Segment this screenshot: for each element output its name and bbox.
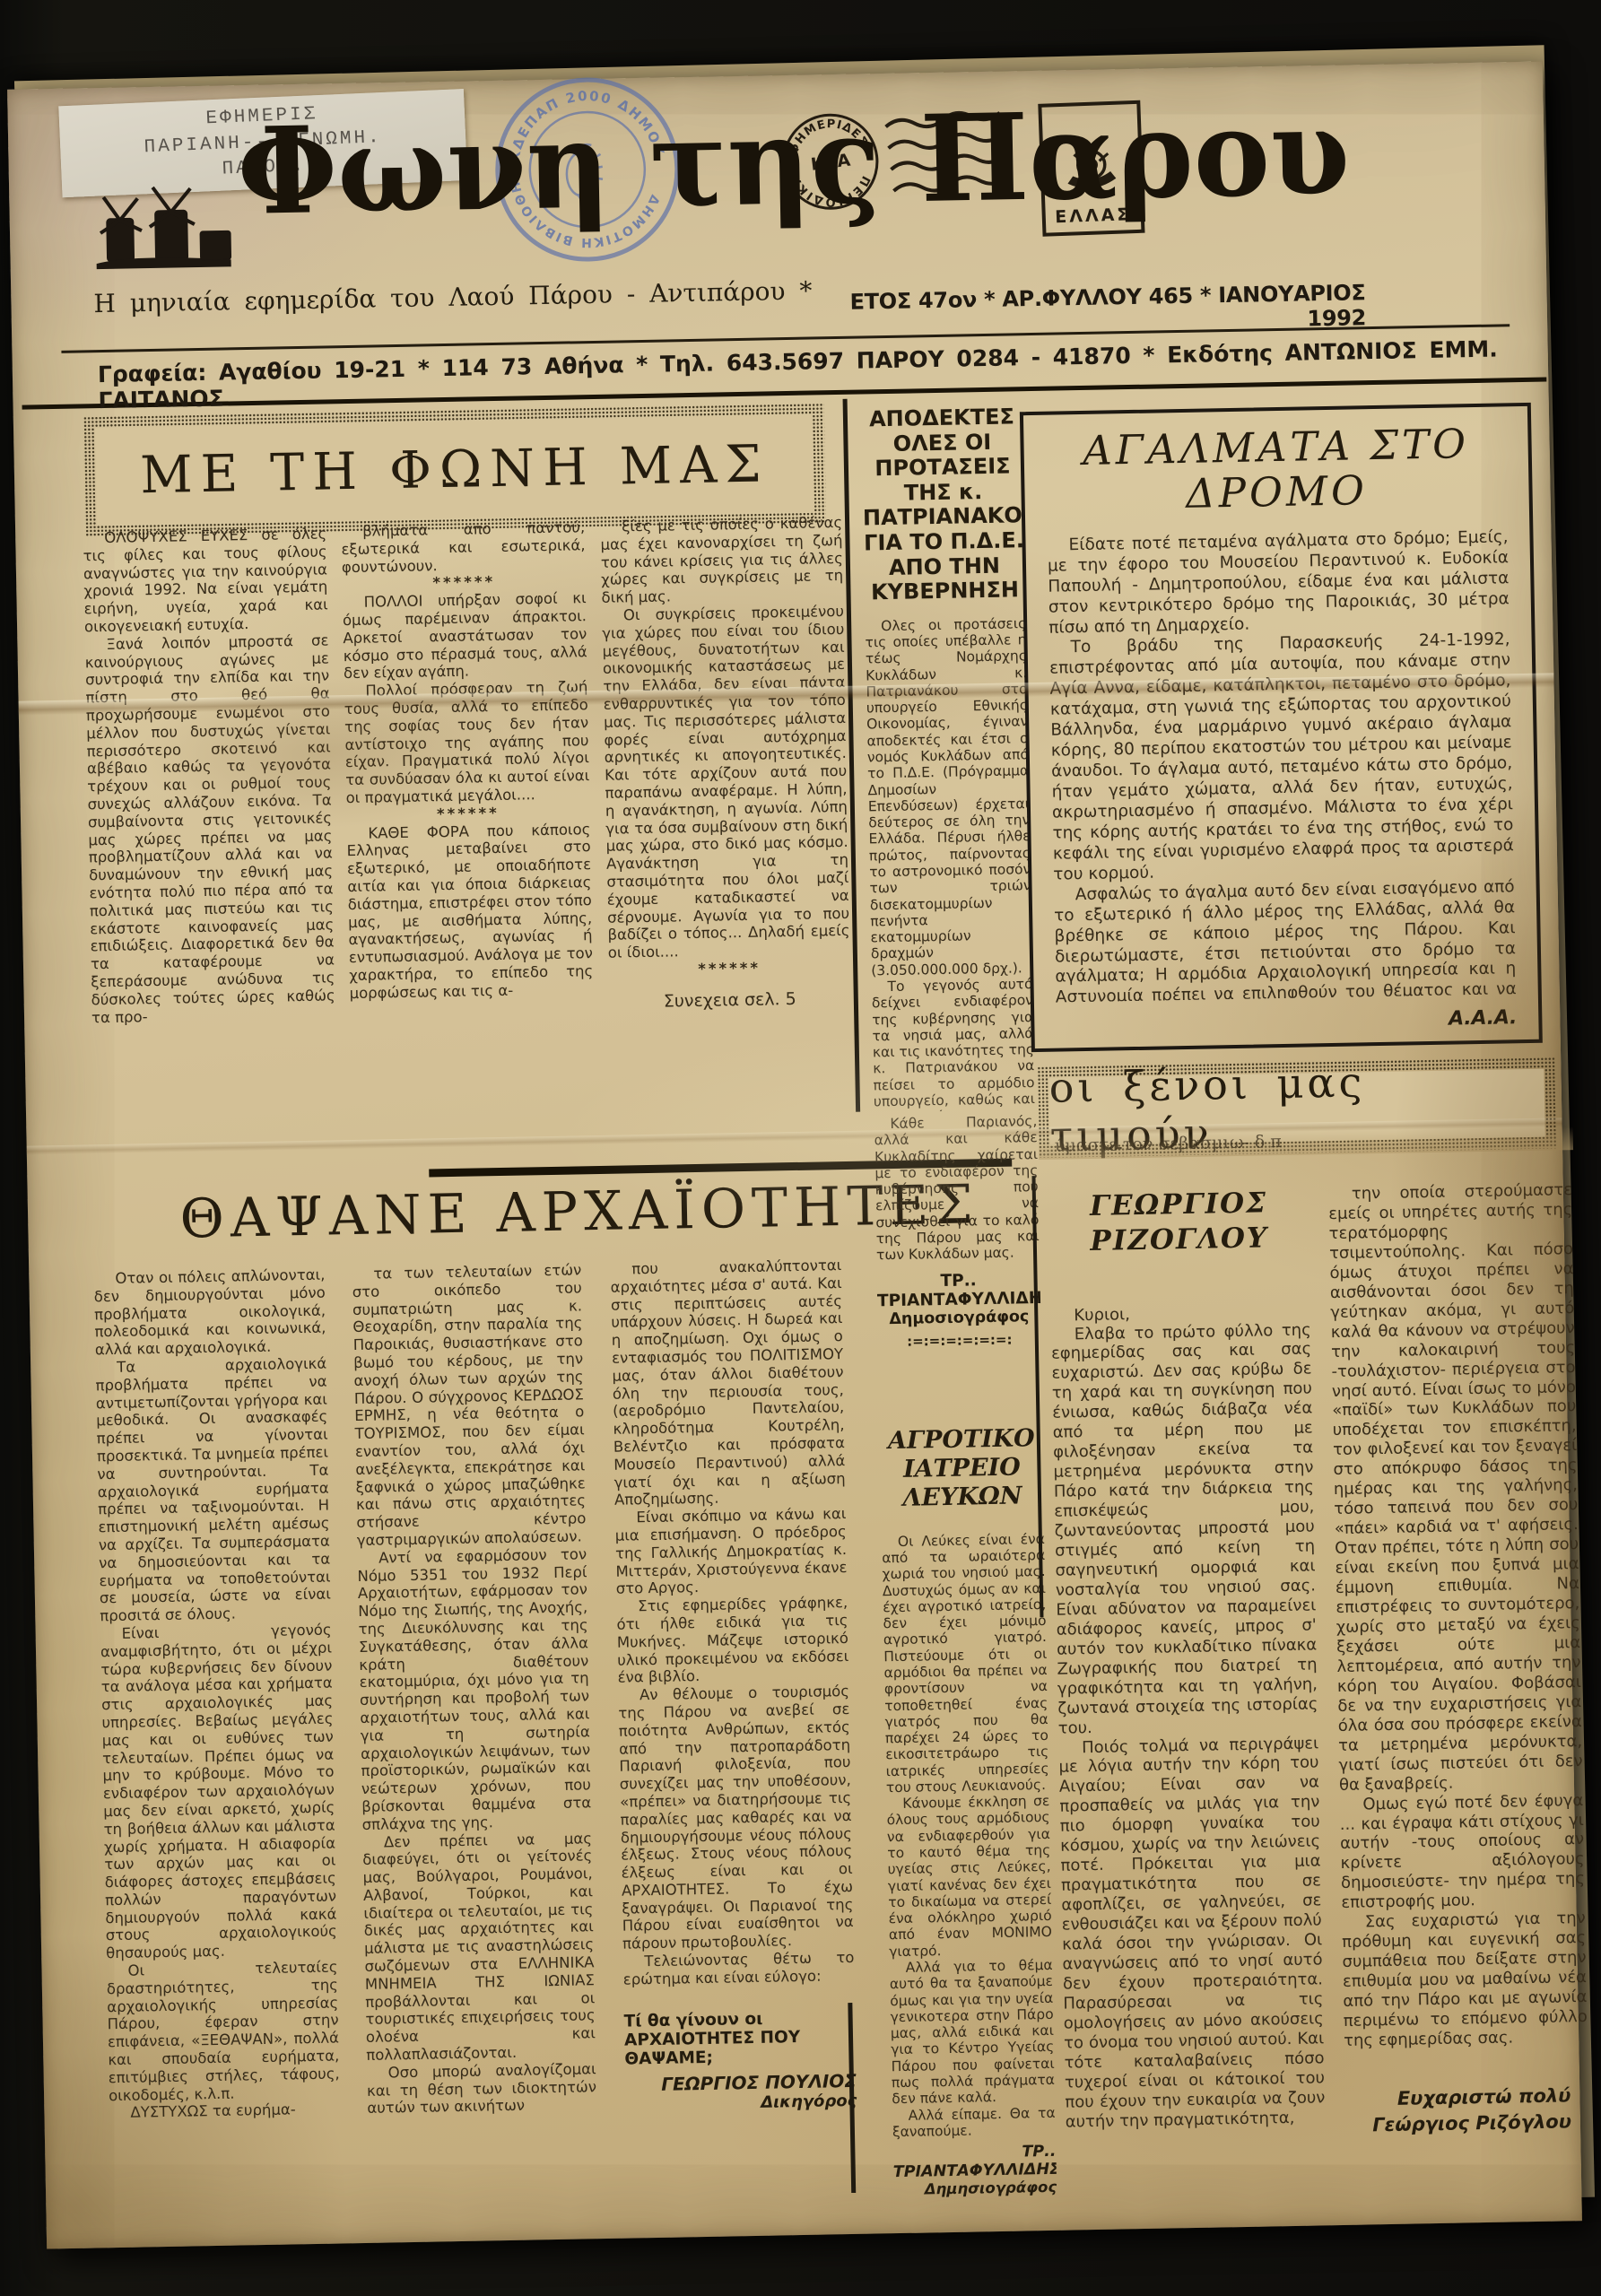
thapsane-column-3-text: που ανακαλύπτονται αρχαιότητες μέσα σ' α… xyxy=(610,1257,855,1988)
thapsane-column-3: που ανακαλύπτονται αρχαιότητες μέσα σ' α… xyxy=(610,1257,857,2114)
section-separator: :=:=:=:=:=:=: xyxy=(878,1331,1041,1350)
apodektes-text-part1: Ολες οι προτάσεις τις οποίες υπέβαλλε η … xyxy=(865,615,1035,1112)
apodektes-byline-role: Δημοσιογράφος xyxy=(877,1308,1040,1328)
letter-closing-thanks: Ευχαριστώ πολύ xyxy=(1344,2083,1571,2113)
foni-column-3-text: ξίες με τις οποίες ο καθένας μας έχει κα… xyxy=(600,514,850,980)
article-headline-apodektes: ΑΠΟΔΕΚΤΕΣ ΟΛΕΣ ΟΙ ΠΡΟΤΑΣΕΙΣ ΤΗΣ κ. ΠΑΤΡΙ… xyxy=(861,404,1026,605)
mid-column-bottom: Κάθε Παριανός, αλλά και κάθε Κυκλαδίτης … xyxy=(874,1113,1057,2198)
scanned-newspaper-page: ΕΦΗΜΕΡΙΣ ΠΑΡΙΑΝΗ----ΓΝΩΜΗ. ΠΑΡΟΣ. ΚΔΕΠΑΠ… xyxy=(0,0,1601,2296)
thapsane-question: Τί θα γίνουν οι ΑΡΧΑΙΟΤΗΤΕΣ ΠΟΥ ΘΑΨΑΜΕ; xyxy=(623,2008,856,2069)
article-headline-agalmata: ΑΓΑΛΜΑΤΑ ΣΤΟ ΔΡΟΜΟ xyxy=(1045,421,1508,519)
letter-signature: Γεώργιος Ριζόγλου xyxy=(1345,2109,1571,2140)
thapsane-column-1: Οταν οι πόλεις απλώνονται, δεν δημιουργο… xyxy=(93,1266,340,2123)
article-headline-agrotiko: ΑΓΡΟΤΙΚΟ ΙΑΤΡΕΙΟ ΛΕΥΚΩΝ xyxy=(880,1424,1045,1514)
foni-column-3: ξίες με τις οποίες ο καθένας μας έχει κα… xyxy=(600,514,851,1013)
apodektes-text-part2: Κάθε Παριανός, αλλά και κάθε Κυκλαδίτης … xyxy=(874,1113,1040,1264)
agalmata-article-box: ΑΓΑΛΜΑΤΑ ΣΤΟ ΔΡΟΜΟ Είδατε ποτέ πεταμένα … xyxy=(1020,403,1543,1052)
article-headline-foni: ΜΕ ΤΗ ΦΩΝΗ ΜΑΣ xyxy=(140,434,770,505)
agalmata-text: Είδατε ποτέ πεταμένα αγάλματα στο δρόμο;… xyxy=(1047,527,1516,1002)
newspaper-front-page: ΕΦΗΜΕΡΙΣ ΠΑΡΙΑΝΗ----ΓΝΩΜΗ. ΠΑΡΟΣ. ΚΔΕΠΑΠ… xyxy=(7,62,1582,2249)
apodektes-article: ΑΠΟΔΕΚΤΕΣ ΟΛΕΣ ΟΙ ΠΡΟΤΑΣΕΙΣ ΤΗΣ κ. ΠΑΤΡΙ… xyxy=(861,404,1035,1112)
issue-info: ΕΤΟΣ 47ον * ΑΡ.ΦΥΛΛΟΥ 465 * ΙΑΝΟΥΑΡΙΟΣ 1… xyxy=(845,280,1366,340)
foni-column-1: ΟΛΟΨΥΧΕΣ ΕΥΧΕΣ σε όλες τις φίλες και του… xyxy=(83,525,335,1026)
agrotiko-byline: ΤΡ.. ΤΡΙΑΝΤΑΦΥΛΛΙΔΗΣ xyxy=(892,2143,1057,2181)
letter-column-2: την οποία στερούμαστε εμείς οι υπηρέτες … xyxy=(1328,1180,1589,2140)
apodektes-byline: ΤΡ.. ΤΡΙΑΝΤΑΦΥΛΛΙΔΗΣ xyxy=(876,1270,1040,1310)
newspaper-title: Φωνη της Παρου xyxy=(142,81,1445,245)
foni-column-2: βλήματα απο παντού, εξωτερικά και εσωτερ… xyxy=(341,518,594,1002)
newspaper-subtitle: Η μηνιαία εφημερίδα του Λαού Πάρου - Αντ… xyxy=(93,275,813,318)
letter-author-heading: ΓΕΩΡΓΙΟΣ ΡΙΖΟΓΛΟΥ xyxy=(1048,1186,1310,1260)
letter-column-1: ΓΕΩΡΓΙΟΣ ΡΙΖΟΓΛΟΥ Κυριοι, Ελαβα το πρώτο… xyxy=(1048,1186,1326,2133)
letter-text-1: Ελαβα το πρώτο φύλλο της εφημερίδας σας … xyxy=(1051,1320,1326,2132)
agrotiko-text: Οι Λεύκες είναι ένα από τα ωραιότερα χωρ… xyxy=(882,1531,1056,2141)
agrotiko-byline-role: Δημησιογράφος xyxy=(893,2179,1057,2198)
continuation-note: Συνεχεια σελ. 5 xyxy=(609,988,851,1013)
letter-text-2: την οποία στερούμαστε εμείς οι υπηρέτες … xyxy=(1328,1180,1588,2051)
thapsane-column-2: τα των τελευταίων ετών στο οικόπεδο του … xyxy=(352,1261,596,2118)
thapsane-byline-role: Δικηγόρος xyxy=(625,2092,857,2115)
letter-closing: Ευχαριστώ πολύ Γεώργιος Ριζόγλου xyxy=(1344,2083,1589,2140)
agalmata-signature: Α.Α.Α. xyxy=(1056,1006,1517,1037)
